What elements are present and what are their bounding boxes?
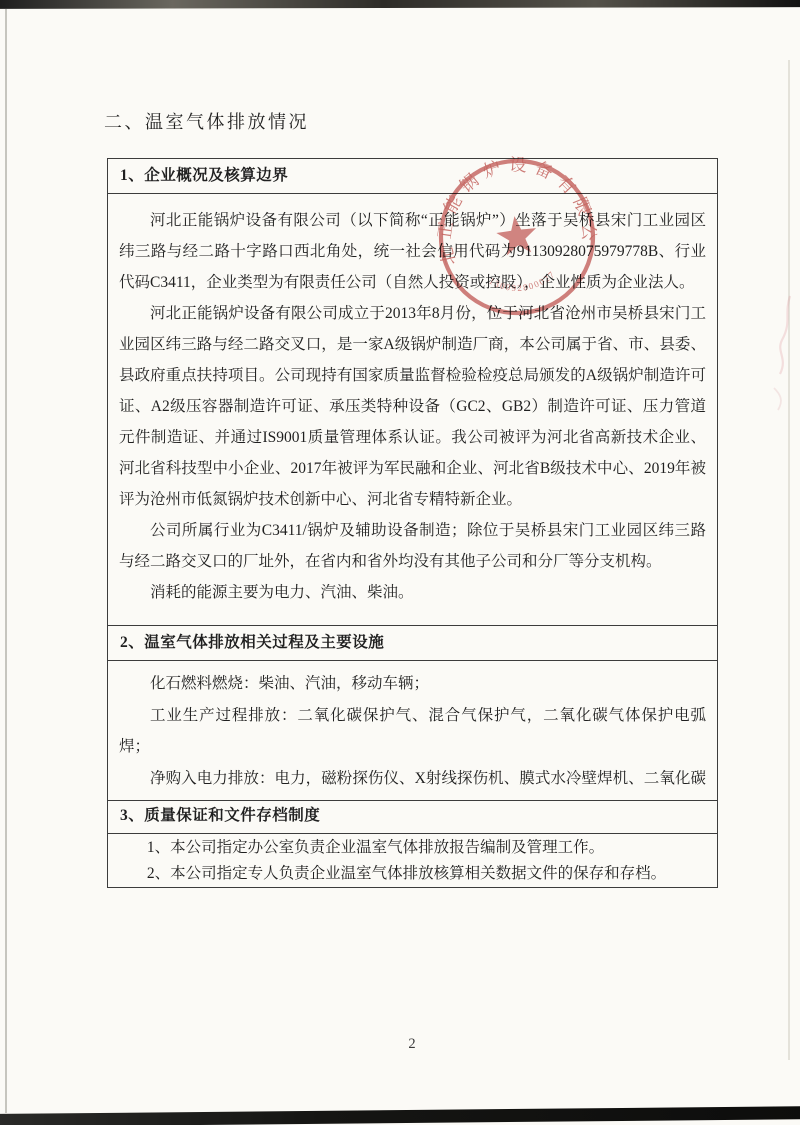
scan-edge-right [788, 60, 790, 1060]
scan-edge-top [0, 0, 800, 9]
paragraph: 净购入电力排放：电力，磁粉探伤仪、X射线探伤机、膜式水冷壁焊机、二氧化碳气体保护… [119, 763, 706, 802]
section-1-heading: 1、企业概况及核算边界 [108, 159, 717, 194]
section-2-content: 化石燃料燃烧：柴油、汽油，移动车辆； 工业生产过程排放：二氧化碳保护气、混合气保… [108, 661, 717, 801]
paragraph: 1、本公司指定办公室负责企业温室气体排放报告编制及管理工作。 [119, 835, 706, 861]
scanned-document-page: 二、温室气体排放情况 1、企业概况及核算边界 河北正能锅炉设备有限公司（以下简称… [0, 0, 800, 1125]
page-title: 二、温室气体排放情况 [104, 108, 309, 134]
scan-edge-left [5, 9, 7, 1113]
paragraph: 消耗的能源主要为电力、汽油、柴油。 [119, 577, 706, 608]
paragraph: 公司所属行业为C3411/锅炉及辅助设备制造；除位于吴桥县宋门工业园区纬三路与经… [119, 515, 706, 577]
report-table: 1、企业概况及核算边界 河北正能锅炉设备有限公司（以下简称“正能锅炉”）坐落于吴… [107, 158, 718, 888]
paragraph: 工业生产过程排放：二氧化碳保护气、混合气保护气，二氧化碳气体保护电弧焊； [119, 700, 706, 763]
section-2-heading: 2、温室气体排放相关过程及主要设施 [108, 626, 717, 661]
paragraph: 2、本公司指定专人负责企业温室气体排放核算相关数据文件的保存和存档。 [119, 861, 706, 887]
section-1-content: 河北正能锅炉设备有限公司（以下简称“正能锅炉”）坐落于吴桥县宋门工业园区纬三路与… [108, 194, 717, 626]
scan-edge-bottom [0, 1106, 800, 1125]
paragraph: 化石燃料燃烧：柴油、汽油，移动车辆； [119, 668, 706, 700]
paragraph: 河北正能锅炉设备有限公司（以下简称“正能锅炉”）坐落于吴桥县宋门工业园区纬三路与… [119, 205, 706, 298]
stray-ink-marks [764, 292, 798, 422]
section-3-content: 1、本公司指定办公室负责企业温室气体排放报告编制及管理工作。 2、本公司指定专人… [108, 834, 717, 889]
paragraph: 河北正能锅炉设备有限公司成立于2013年8月份，位于河北省沧州市吴桥县宋门工业园… [119, 298, 706, 515]
page-number: 2 [400, 1036, 424, 1053]
section-3-heading: 3、质量保证和文件存档制度 [108, 801, 717, 834]
